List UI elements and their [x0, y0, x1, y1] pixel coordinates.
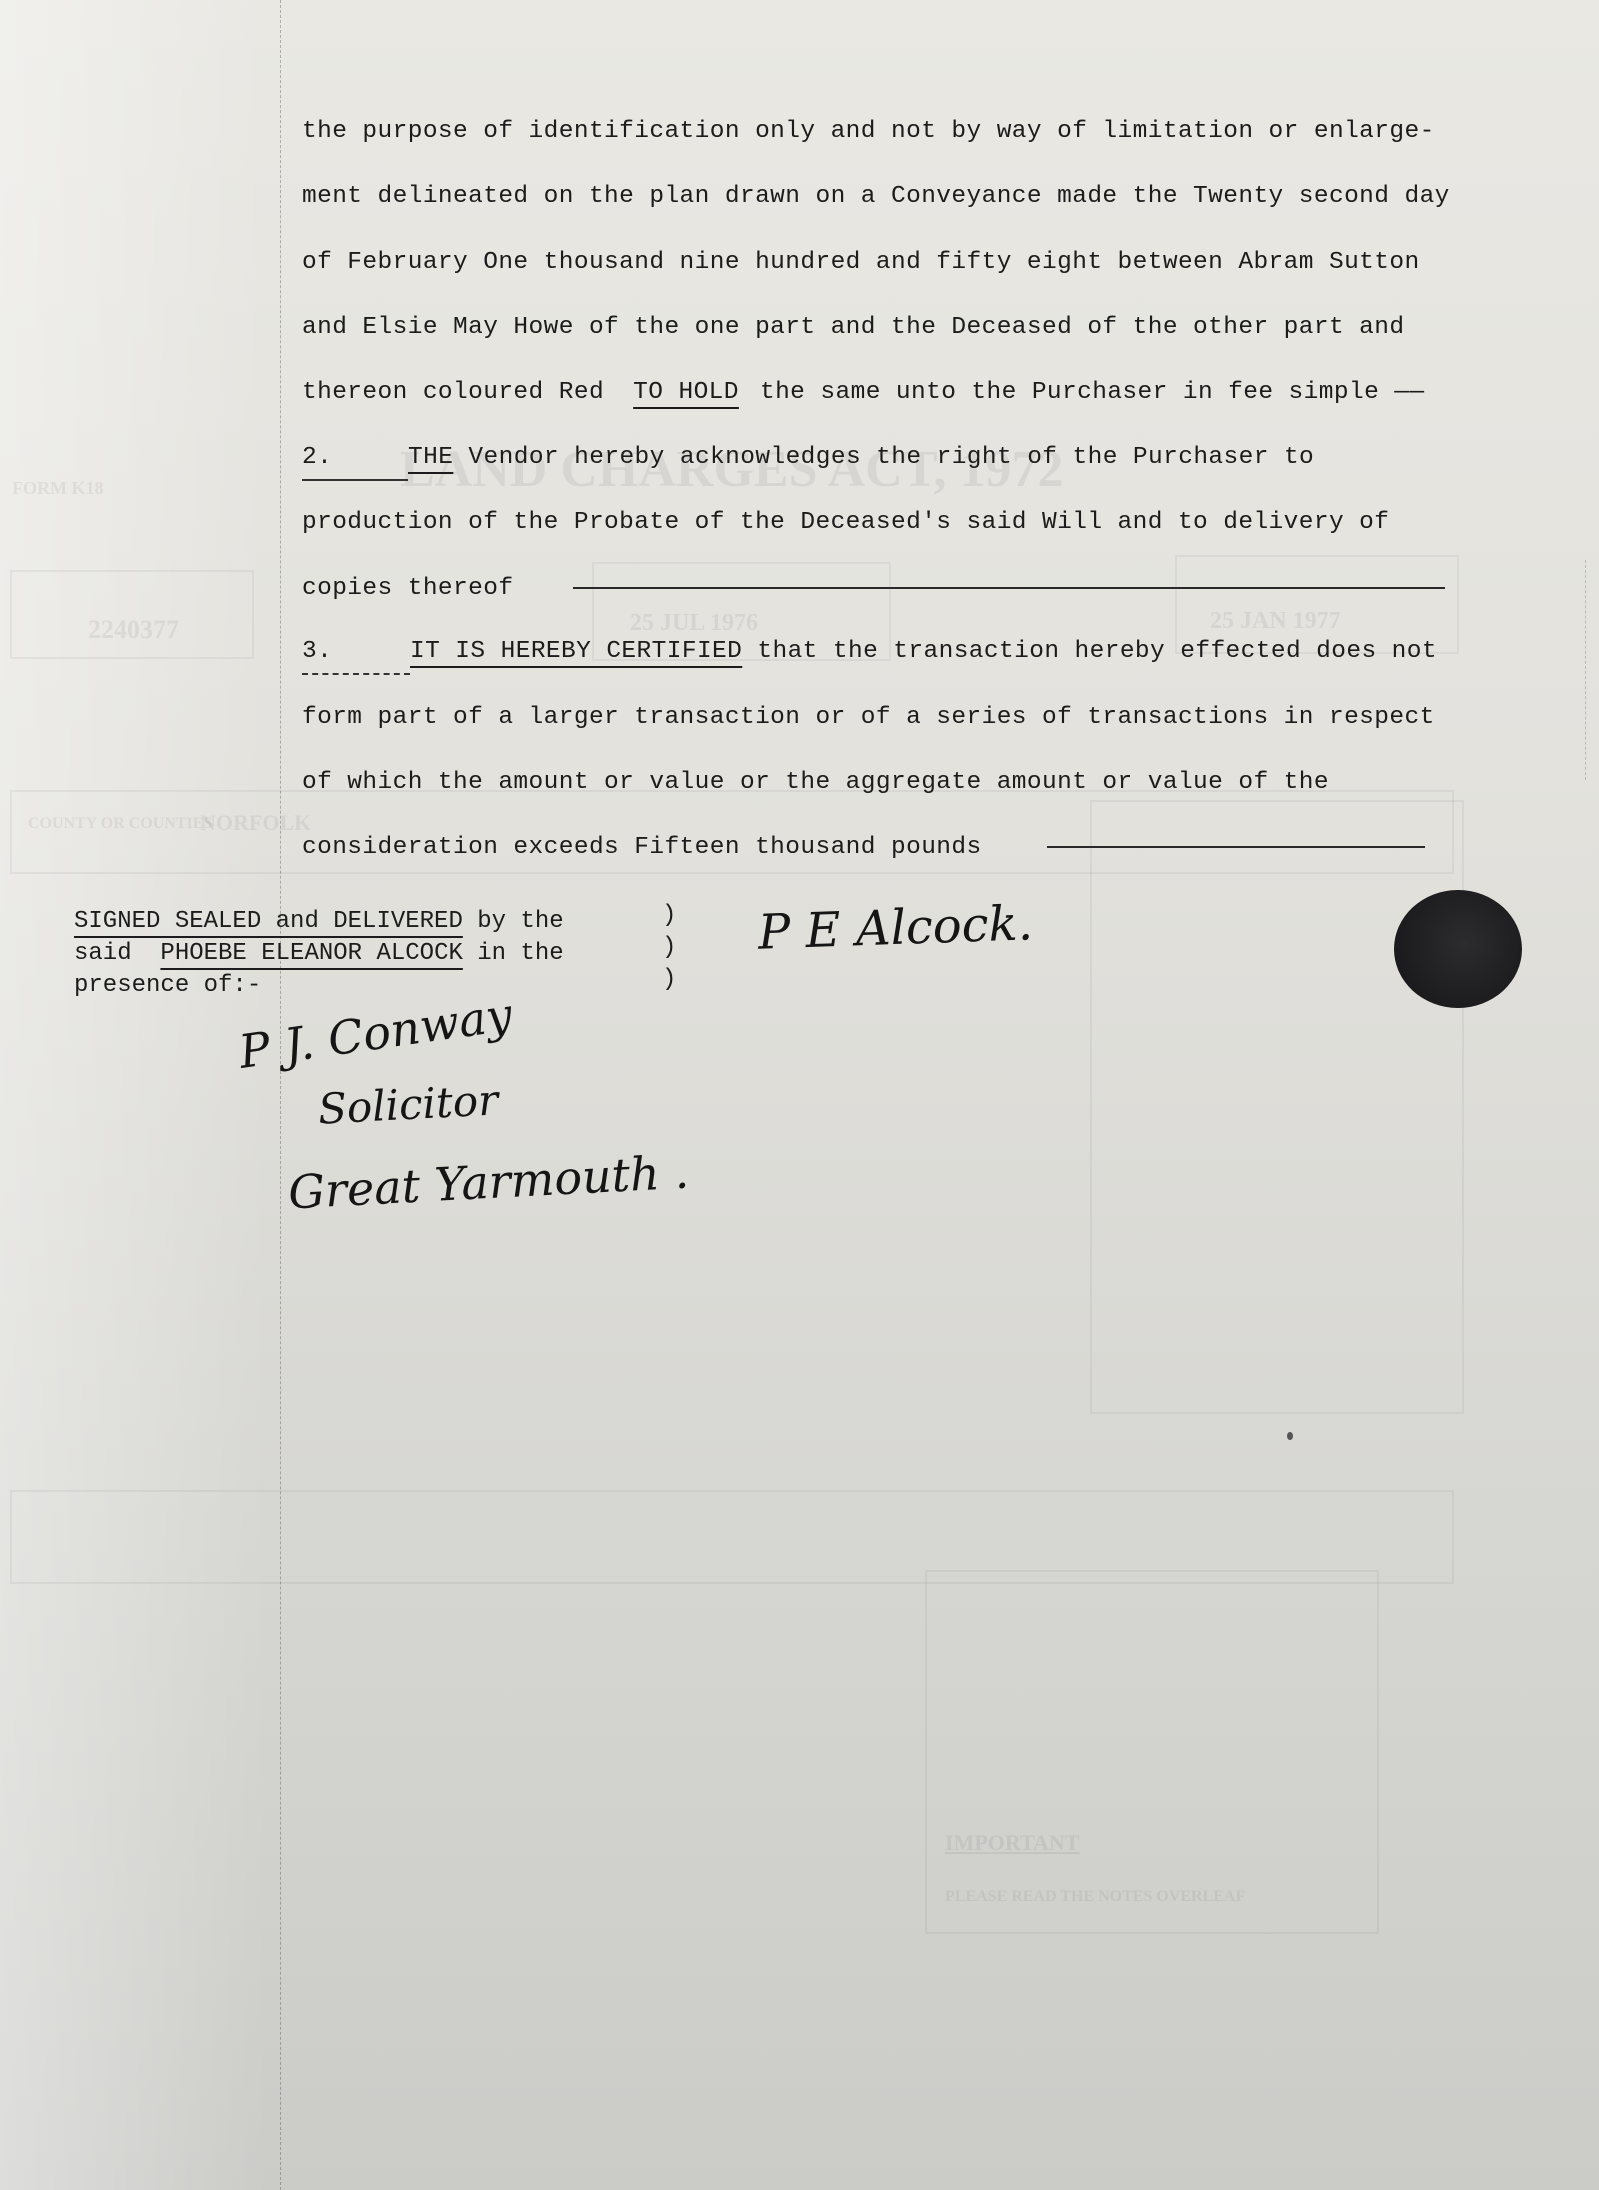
bleed-through-please-read: PLEASE READ THE NOTES OVERLEAF [945, 1888, 1245, 1906]
clause-2-line-2: production of the Probate of the Decease… [302, 508, 1389, 538]
bleed-through-date-left: 25 JUL 1976 [630, 610, 758, 637]
bleed-through-box [10, 570, 254, 659]
clause-2-lead: THE [408, 444, 453, 471]
clause-3-line-2: form part of a larger transaction or of … [302, 703, 1435, 733]
clause-3-lead: IT IS HEREBY CERTIFIED [410, 638, 742, 665]
bleed-through-box [1090, 800, 1464, 1414]
page-shadow [0, 0, 270, 2190]
clause-3-line-1: 3.IT IS HEREBY CERTIFIED that the transa… [302, 637, 1437, 675]
clause-2-line-1: 2.THE Vendor hereby acknowledges the rig… [302, 443, 1314, 481]
paper-mark [1287, 1432, 1293, 1440]
clause-3-line-3: of which the amount or value or the aggr… [302, 768, 1329, 798]
attestation-line-2: said PHOEBE ELEANOR ALCOCK in the [74, 938, 564, 970]
witness-signature: P J. Conway [236, 987, 516, 1079]
bleed-through-important: IMPORTANT [945, 1830, 1079, 1856]
right-margin-rule [1585, 560, 1586, 780]
body-line-1: the purpose of identification only and n… [302, 117, 1435, 147]
clause-2-line-3-text: copies thereof [302, 575, 513, 602]
body-line-5-end: the same unto the Purchaser in fee simpl… [745, 379, 1425, 406]
clause-3-text: that the transaction hereby effected doe… [742, 638, 1437, 665]
attestation-line-1: SIGNED SEALED and DELIVERED by the [74, 906, 564, 938]
body-line-5: thereon coloured Red TO HOLD the same un… [302, 378, 1424, 408]
bleed-through-box [10, 1490, 1454, 1584]
attestation-brackets: ) ) ) [662, 900, 676, 996]
body-line-5-start: thereon coloured Red [302, 379, 619, 406]
bleed-through-county-value: NORFOLK [200, 810, 311, 836]
attestation-line-3: presence of:- [74, 970, 261, 1002]
signatory-name: PHOEBE ELEANOR ALCOCK [160, 940, 462, 967]
bleed-through-reg-no: 2240377 [88, 615, 179, 645]
bleed-through-county-label: COUNTY OR COUNTIES [28, 815, 212, 833]
bracket: ) [662, 964, 676, 996]
bleed-through-box [925, 1570, 1379, 1934]
bracket: ) [662, 900, 676, 932]
witness-place: Great Yarmouth . [287, 1145, 690, 1220]
vendor-signature: P E Alcock. [757, 895, 1034, 961]
signed-sealed-delivered: SIGNED SEALED and DELIVERED [74, 908, 463, 935]
attestation-line-1-rest: by the [463, 908, 564, 935]
attestation-line-2-rest: in the [463, 940, 564, 967]
bleed-through-form-label: FORM K18 [12, 478, 104, 499]
body-line-3: of February One thousand nine hundred an… [302, 248, 1420, 278]
attestation-said: said [74, 940, 160, 967]
clause-3-number: 3. [302, 637, 410, 675]
body-line-4: and Elsie May Howe of the one part and t… [302, 313, 1404, 343]
left-margin-rule [280, 0, 281, 2190]
bleed-through-date-right: 25 JAN 1977 [1210, 608, 1341, 635]
to-hold-heading: TO HOLD [633, 379, 739, 406]
clause-3-line-4: consideration exceeds Fifteen thousand p… [302, 833, 1425, 863]
clause-3-line-4-text: consideration exceeds Fifteen thousand p… [302, 834, 982, 861]
fill-line [1047, 846, 1425, 848]
clause-2-text: Vendor hereby acknowledges the right of … [453, 444, 1314, 471]
clause-2-number: 2. [302, 443, 408, 481]
fill-line [573, 587, 1445, 589]
witness-title: Solicitor [317, 1075, 499, 1133]
wax-seal-icon [1394, 890, 1522, 1008]
bracket: ) [662, 932, 676, 964]
body-line-2: ment delineated on the plan drawn on a C… [302, 182, 1450, 212]
clause-2-line-3: copies thereof [302, 574, 1445, 604]
